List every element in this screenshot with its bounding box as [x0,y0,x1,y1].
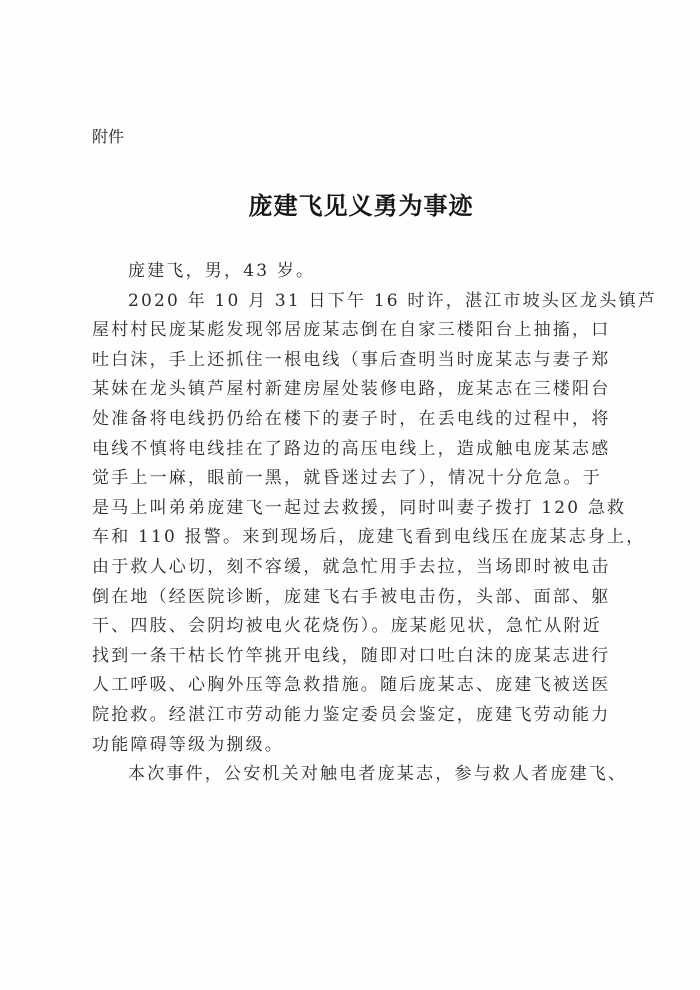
text-line: 倒在地（经医院诊断，庞建飞右手被电击伤，头部、面部、躯 [92,583,598,613]
text-line: 院抢救。经湛江市劳动能力鉴定委员会鉴定，庞建飞劳动能力 [92,701,598,731]
paragraph-police-recognition: 本次事件，公安机关对触电者庞某志，参与救人者庞建飞、 [92,760,598,790]
document-body: 庞建飞，男，43 岁。 2020 年 10 月 31 日下午 16 时许，湛江市… [92,257,598,790]
attachment-label: 附件 [92,127,124,147]
text-line: 找到一条干枯长竹竿挑开电线，随即对口吐白沫的庞某志进行 [92,642,598,672]
paragraph-personal-info: 庞建飞，男，43 岁。 [92,257,598,287]
text-line: 觉手上一麻，眼前一黑，就昏迷过去了），情况十分危急。于 [92,464,598,494]
paragraph-incident-description: 2020 年 10 月 31 日下午 16 时许，湛江市坡头区龙头镇芦 屋村村民… [92,287,598,761]
document-title: 庞建飞见义勇为事迹 [0,190,700,222]
text-line: 本次事件，公安机关对触电者庞某志，参与救人者庞建飞、 [92,760,598,790]
text-line: 吐白沫，手上还抓住一根电线（事后查明当时庞某志与妻子郑 [92,346,598,376]
text-line: 是马上叫弟弟庞建飞一起过去救援，同时叫妻子拨打 120 急救 [92,494,598,524]
text-line: 人工呼吸、心胸外压等急救措施。随后庞某志、庞建飞被送医 [92,671,598,701]
text-line: 处准备将电线扔仍给在楼下的妻子时，在丢电线的过程中，将 [92,405,598,435]
document-page: 附件 庞建飞见义勇为事迹 庞建飞，男，43 岁。 2020 年 10 月 31 … [0,0,700,990]
text-line: 干、四肢、会阴均被电火花烧伤）。庞某彪见状，急忙从附近 [92,612,598,642]
text-line: 屋村村民庞某彪发现邻居庞某志倒在自家三楼阳台上抽搐，口 [92,316,598,346]
text-line: 某妹在龙头镇芦屋村新建房屋处装修电路，庞某志在三楼阳台 [92,375,598,405]
text-line: 2020 年 10 月 31 日下午 16 时许，湛江市坡头区龙头镇芦 [92,287,598,317]
text-line: 车和 110 报警。来到现场后，庞建飞看到电线压在庞某志身上， [92,523,598,553]
text-line: 由于救人心切，刻不容缓，就急忙用手去拉，当场即时被电击 [92,553,598,583]
text-line: 电线不慎将电线挂在了路边的高压电线上，造成触电庞某志感 [92,435,598,465]
text-line: 庞建飞，男，43 岁。 [92,257,598,287]
text-line: 功能障碍等级为捌级。 [92,731,598,761]
